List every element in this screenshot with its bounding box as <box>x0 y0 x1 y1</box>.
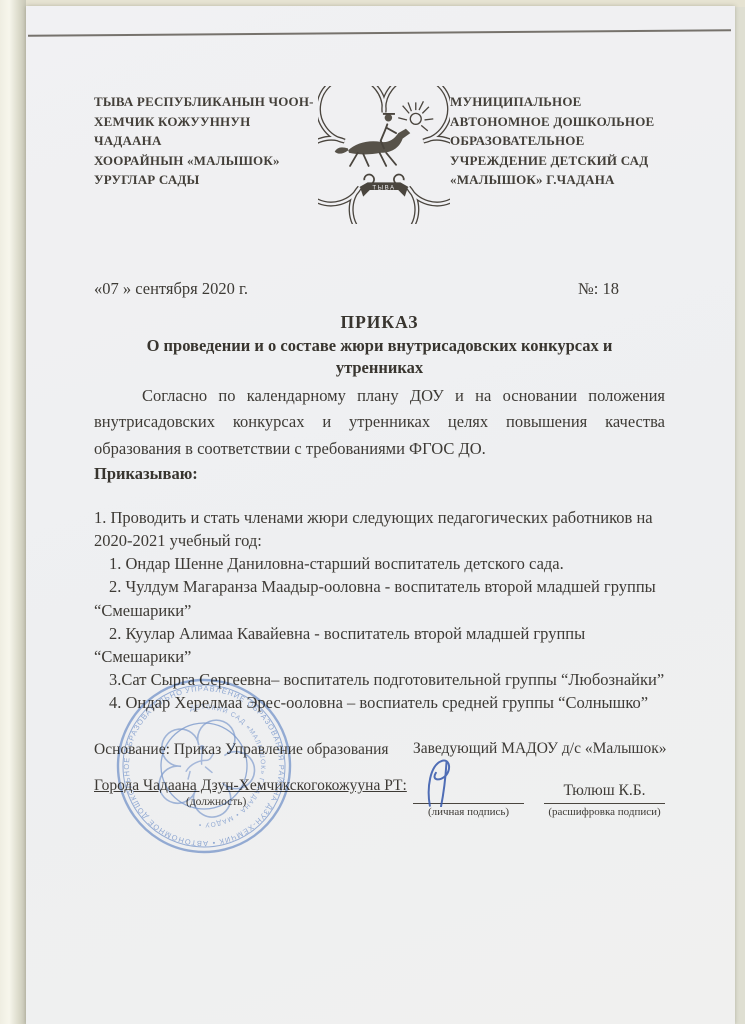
basis-position-text: Города Чадаана Дзун-Хемчикскогокожууна Р… <box>94 777 413 795</box>
org-name-russian: МУНИЦИПАЛЬНОЕ АВТОНОМНОЕ ДОШКОЛЬНОЕ ОБРА… <box>450 92 665 190</box>
meta-row: «07 » сентября 2020 г. №: 18 <box>94 279 665 299</box>
order-directive: Приказываю: <box>94 464 665 484</box>
scanned-order-document: { "header": { "org_left": "ТЫВА РЕСПУБЛИ… <box>0 0 745 1024</box>
personal-signature-caption: (личная подпись) <box>413 806 524 818</box>
position-caption: (должность) <box>186 796 413 808</box>
letterhead: ТЫВА РЕСПУБЛИКАНЫН ЧООН- ХЕМЧИК КОЖУУННУ… <box>94 92 665 229</box>
list-item: 2. Куулар Алимаа Кавайевна - воспитатель… <box>94 622 665 668</box>
order-title: ПРИКАЗ <box>94 312 665 333</box>
document-content: ТЫВА РЕСПУБЛИКАНЫН ЧООН- ХЕМЧИК КОЖУУННУ… <box>26 6 735 1024</box>
ribbon-text: ТЫВА <box>372 184 395 191</box>
horseshoe-icons <box>364 174 404 183</box>
signature-section: Основание: Приказ Управление образования… <box>94 740 665 818</box>
order-subject: О проведении и о составе жюри внутрисадо… <box>94 335 665 379</box>
horseman-icon <box>335 114 411 166</box>
handwritten-signature <box>419 755 483 807</box>
personal-signature-line <box>413 782 524 804</box>
signature-name: Тюлюш К.Б. <box>544 782 665 804</box>
document-page: ТЫВА РЕСПУБЛИКАНЫН ЧООН- ХЕМЧИК КОЖУУННУ… <box>26 6 735 1024</box>
list-item: 1. Ондар Шенне Даниловна-старший воспита… <box>94 552 665 575</box>
org-name-tuvan: ТЫВА РЕСПУБЛИКАНЫН ЧООН- ХЕМЧИК КОЖУУННУ… <box>94 92 318 190</box>
order-date: «07 » сентября 2020 г. <box>94 279 248 299</box>
list-item: 3.Сат Сырга Сергеевна– воспитатель подго… <box>94 668 665 691</box>
basis-column: Основание: Приказ Управление образования… <box>94 740 413 818</box>
list-item: 1. Проводить и стать членами жюри следую… <box>94 506 665 552</box>
order-items-list: 1. Проводить и стать членами жюри следую… <box>94 506 665 714</box>
signature-transcript-caption: (расшифровка подписи) <box>544 806 665 818</box>
list-item: 2. Чулдум Магаранза Маадыр-ооловна - вос… <box>94 575 665 621</box>
sun-icon <box>398 101 433 131</box>
scanner-edge-left <box>0 0 26 1024</box>
tuva-emblem-icon: ТЫВА <box>318 86 450 229</box>
signature-column: Заведующий МАДОУ д/с «Малышок» Тюлюш К.Б… <box>413 740 665 818</box>
order-intro-paragraph: Согласно по календарному плану ДОУ и на … <box>94 383 665 464</box>
signature-row: Тюлюш К.Б. <box>413 782 665 804</box>
ribbon-banner: ТЫВА <box>360 182 408 196</box>
list-item: 4. Ондар Херелмаа Эрес-ооловна – воспиат… <box>94 691 665 714</box>
basis-text: Основание: Приказ Управление образования <box>94 740 413 760</box>
order-number: №: 18 <box>578 279 619 299</box>
